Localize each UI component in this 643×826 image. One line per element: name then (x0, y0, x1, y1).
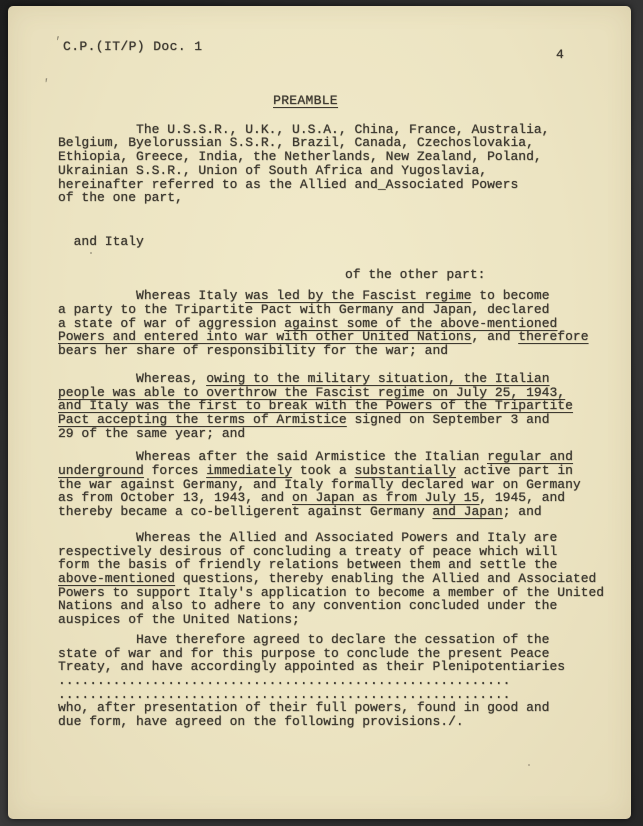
text-line: Have therefore agreed to declare the ces… (58, 633, 591, 647)
scan-artifact (42, 77, 52, 92)
text-line: ........................................… (58, 688, 591, 702)
text-line: underground forces immediately took a su… (58, 464, 591, 478)
text-line: 29 of the same year; and (58, 427, 591, 441)
text-line: Whereas Italy was led by the Fascist reg… (58, 289, 591, 303)
text-line: Whereas, owing to the military situation… (58, 372, 591, 386)
paragraph-conclusion: Have therefore agreed to declare the ces… (58, 633, 591, 729)
text-line: auspices of the United Nations; (58, 613, 591, 627)
text-line: Ukrainian S.S.R., Union of South Africa … (58, 164, 591, 178)
page-number: 4 (556, 48, 564, 62)
paragraph-parties: The U.S.S.R., U.K., U.S.A., China, Franc… (58, 123, 591, 205)
text-line: bears her share of responsibility for th… (58, 344, 591, 358)
page-header: C.P.(IT/P) Doc. 1 4 (8, 40, 631, 54)
paragraph-whereas-overthrow: Whereas, owing to the military situation… (58, 372, 591, 441)
text-line: Treaty, and have accordingly appointed a… (58, 660, 591, 674)
text-line: The U.S.S.R., U.K., U.S.A., China, Franc… (58, 123, 591, 137)
preamble-heading: PREAMBLE (0, 94, 617, 108)
paragraph-whereas-armistice: Whereas after the said Armistice the Ita… (58, 450, 591, 519)
text-line: Belgium, Byelorussian S.S.R., Brazil, Ca… (58, 136, 591, 150)
document-body: The U.S.S.R., U.K., U.S.A., China, Franc… (8, 123, 631, 729)
text-line: Pact accepting the terms of Armistice si… (58, 413, 591, 427)
text-line: state of war and for this purpose to con… (58, 647, 591, 661)
text-line: who, after presentation of their full po… (58, 701, 591, 715)
text-line: Nations and also to adhere to any conven… (58, 599, 591, 613)
text-line: thereby became a co-belligerent against … (58, 505, 591, 519)
document-reference: C.P.(IT/P) Doc. 1 (63, 40, 202, 54)
text-line: the war against Germany, and Italy forma… (58, 478, 591, 492)
text-line: and Italy was the first to break with th… (58, 399, 591, 413)
scanned-document-page: C.P.(IT/P) Doc. 1 4 PREAMBLE The U.S.S.R… (8, 6, 631, 819)
paragraph-whereas-fascist: Whereas Italy was led by the Fascist reg… (58, 289, 591, 358)
text-line: Ethiopia, Greece, India, the Netherlands… (58, 150, 591, 164)
text-line: a party to the Tripartite Pact with Germ… (58, 303, 591, 317)
text-line: due form, have agreed on the following p… (58, 715, 591, 729)
text-line: as from October 13, 1943, and on Japan a… (58, 491, 591, 505)
text-line: Whereas after the said Armistice the Ita… (58, 450, 591, 464)
text-line: Powers to support Italy's application to… (58, 586, 591, 600)
text-line: a state of war of aggression against som… (58, 317, 591, 331)
text-line: of the other part: (345, 268, 591, 282)
paragraph-and-italy: and Italy (58, 235, 591, 249)
text-line: and Italy (58, 235, 591, 249)
paragraph-other-part: of the other part: (345, 268, 591, 282)
text-line: form the basis of friendly relations bet… (58, 558, 591, 572)
text-line: of the one part, (58, 191, 591, 205)
text-line: above-mentioned questions, thereby enabl… (58, 572, 591, 586)
text-line: Whereas the Allied and Associated Powers… (58, 531, 591, 545)
scan-artifact (528, 764, 530, 766)
scan-artifact (90, 252, 92, 254)
text-line: Powers and entered into war with other U… (58, 330, 591, 344)
paragraph-whereas-desirous: Whereas the Allied and Associated Powers… (58, 531, 591, 627)
text-line: ........................................… (58, 674, 591, 688)
text-line: hereinafter referred to as the Allied an… (58, 178, 591, 192)
text-line: respectively desirous of concluding a tr… (58, 545, 591, 559)
text-line: people was able to overthrow the Fascist… (58, 386, 591, 400)
